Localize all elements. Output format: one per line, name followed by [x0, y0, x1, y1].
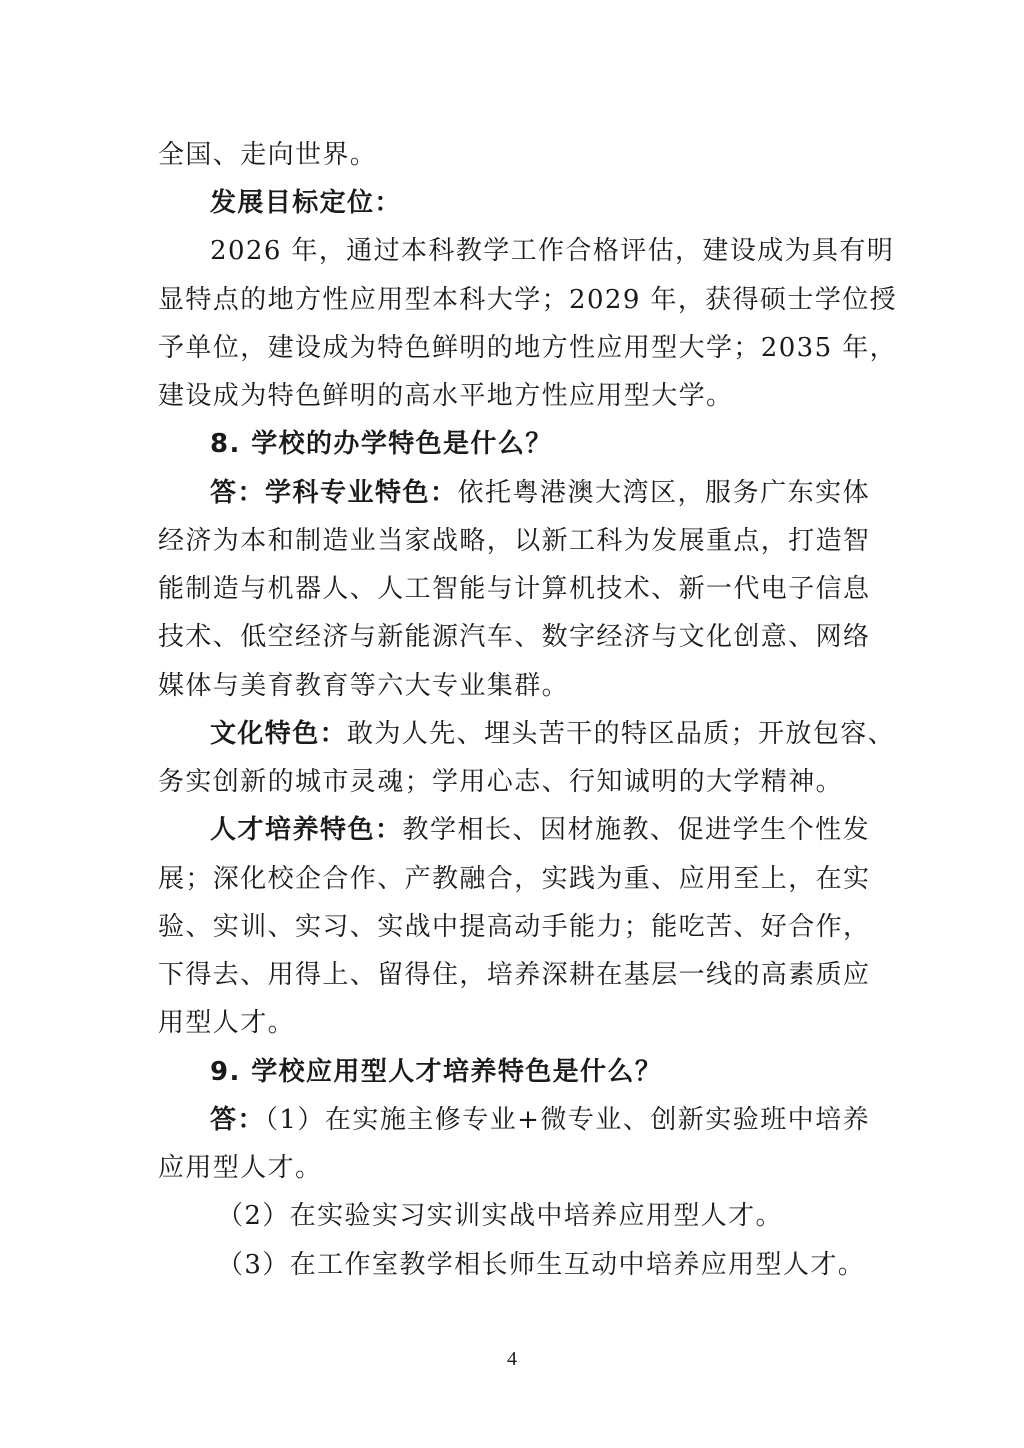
paragraph-line: 展；深化校企合作、产教融合，实践为重、应用至上，在实	[158, 862, 870, 896]
question-heading-8: 8. 学校的办学特色是什么？	[210, 427, 870, 461]
paragraph-line: 应用型人才。	[158, 1151, 870, 1185]
paragraph-line: （3）在工作室教学相长师生互动中培养应用型人才。	[217, 1248, 870, 1282]
paragraph-line: 答：学科专业特色：依托粤港澳大湾区，服务广东实体	[210, 476, 870, 510]
paragraph-line: 媒体与美育教育等六大专业集群。	[158, 669, 870, 703]
paragraph-line: 用型人才。	[158, 1006, 870, 1040]
document-page: 全国、走向世界。 发展目标定位： 2026 年，通过本科教学工作合格评估，建设成…	[0, 0, 1024, 1448]
paragraph-line: 能制造与机器人、人工智能与计算机技术、新一代电子信息	[158, 572, 870, 606]
paragraph-line: 予单位，建设成为特色鲜明的地方性应用型大学；2035 年，	[158, 331, 870, 365]
paragraph-line: 人才培养特色：教学相长、因材施教、促进学生个性发	[210, 813, 870, 847]
paragraph-line: 下得去、用得上、留得住，培养深耕在基层一线的高素质应	[158, 958, 870, 992]
question-heading-9: 9. 学校应用型人才培养特色是什么？	[210, 1055, 870, 1089]
paragraph-line: 显特点的地方性应用型本科大学；2029 年，获得硕士学位授	[158, 283, 870, 317]
paragraph-line: 验、实训、实习、实战中提高动手能力；能吃苦、好合作，	[158, 910, 870, 944]
paragraph-line: （2）在实验实习实训实战中培养应用型人才。	[217, 1199, 870, 1233]
paragraph-line: 2026 年，通过本科教学工作合格评估，建设成为具有明	[210, 234, 870, 268]
section-heading-goal: 发展目标定位：	[210, 186, 870, 220]
paragraph-line: 文化特色：敢为人先、埋头苦干的特区品质；开放包容、	[210, 717, 870, 751]
paragraph-line: 技术、低空经济与新能源汽车、数字经济与文化创意、网络	[158, 620, 870, 654]
paragraph-line: 建设成为特色鲜明的高水平地方性应用型大学。	[158, 379, 870, 413]
paragraph-line: 答：（1）在实施主修专业+微专业、创新实验班中培养	[210, 1103, 870, 1137]
paragraph-line: 全国、走向世界。	[158, 138, 870, 172]
paragraph-line: 务实创新的城市灵魂；学用心志、行知诚明的大学精神。	[158, 765, 870, 799]
paragraph-line: 经济为本和制造业当家战略，以新工科为发展重点，打造智	[158, 524, 870, 558]
page-number: 4	[0, 1348, 1024, 1371]
